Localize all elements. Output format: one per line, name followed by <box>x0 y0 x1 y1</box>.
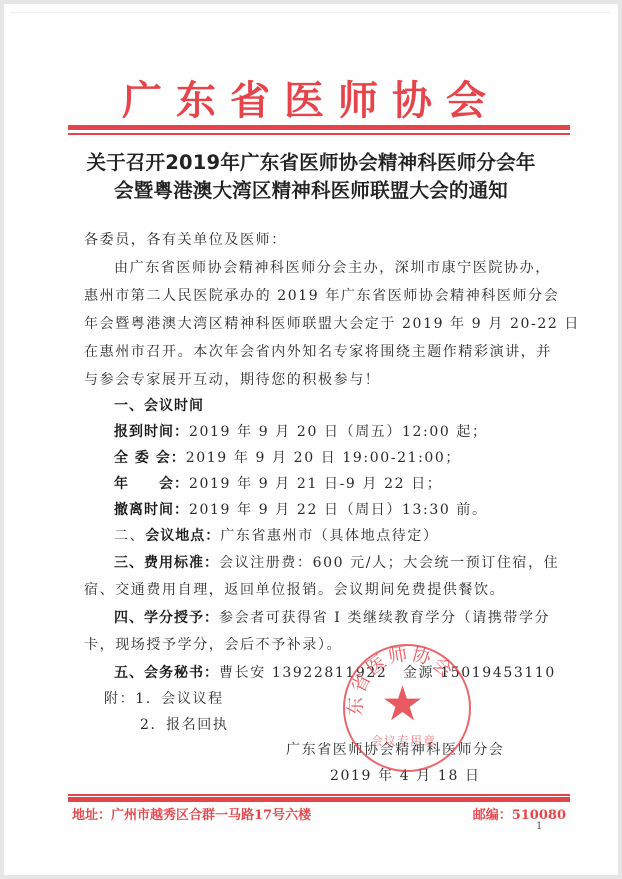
attachment-item: 1．会议议程 <box>135 691 224 707</box>
attachment-item: 2．报名回执 <box>140 715 229 735</box>
schedule-row: 撤离时间：2019 年 9 月 22 日（周日）13:30 前。 <box>114 500 488 520</box>
schedule-value: 2019 年 9 月 21 日-9 月 22 日； <box>189 476 442 492</box>
title-line-1: 关于召开2019年广东省医师协会精神科医师分会年 <box>64 149 558 177</box>
section-4-continued: 卡，现场授予学分，会后不予补录）。 <box>84 635 342 655</box>
official-seal: 东省医师协会 ★ 会议专用章 <box>343 644 471 772</box>
section-3-value: 会议注册费：600 元/人；大会统一预订住宿，住 <box>219 555 559 571</box>
section-3-label: 费用标准： <box>144 555 219 571</box>
seal-bottom-text: 会议专用章 <box>371 732 436 749</box>
schedule-value: 2019 年 9 月 20 日 19:00-21:00； <box>186 450 461 466</box>
header-red-rule-thick <box>68 125 570 130</box>
section-4-label: 四、学分授予： <box>114 610 219 626</box>
letterhead-org-name: 广东省医师协会 <box>4 74 618 128</box>
footer-red-rule-thick <box>68 797 570 802</box>
attachment-row: 附：1．会议议程 <box>104 689 224 709</box>
schedule-value: 2019 年 9 月 22 日（周日）13:30 前。 <box>189 502 488 518</box>
section-2-prefix: 二、 <box>114 528 145 544</box>
document-page: 广东省医师协会 关于召开2019年广东省医师协会精神科医师分会年 会暨粤港澳大湾… <box>4 4 618 875</box>
salutation: 各委员，各有关单位及医师： <box>84 230 287 250</box>
footer-address: 地址：广州市越秀区合群一马路17号六楼 <box>72 804 311 823</box>
schedule-label: 报到时间： <box>114 424 189 440</box>
schedule-row: 报到时间：2019 年 9 月 20 日（周五）12:00 起； <box>114 422 488 442</box>
section-3-continued: 宿、交通费用自理，返回单位报销。会议期间免费提供餐饮。 <box>84 580 505 600</box>
section-3: 三、费用标准：会议注册费：600 元/人；大会统一预订住宿，住 <box>114 553 559 573</box>
section-1-heading: 一、会议时间 <box>114 396 204 416</box>
title-line-2: 会暨粤港澳大湾区精神科医师联盟大会的通知 <box>64 177 558 205</box>
intro-line: 惠州市第二人民医院承办的 2019 年广东省医师协会精神科医师分会 <box>84 286 559 306</box>
page-number: 1 <box>536 821 542 832</box>
section-4: 四、学分授予：参会者可获得省 I 类继续教育学分（请携带学分 <box>114 608 550 628</box>
intro-line: 在惠州市召开。本次年会省内外知名专家将围绕主题作精彩演讲，并 <box>84 342 552 362</box>
intro-line: 年会暨粤港澳大湾区精神科医师联盟大会定于 2019 年 9 月 20-22 日 <box>84 314 580 334</box>
attachment-prefix: 附： <box>104 691 135 707</box>
schedule-row: 全 委 会：2019 年 9 月 20 日 19:00-21:00； <box>114 448 461 468</box>
star-icon: ★ <box>381 680 424 728</box>
section-2: 二、会议地点：广东省惠州市（具体地点待定） <box>114 526 439 546</box>
section-2-value: 广东省惠州市（具体地点待定） <box>220 528 438 544</box>
footer-red-rule-thin <box>68 794 570 796</box>
section-4-value: 参会者可获得省 I 类继续教育学分（请携带学分 <box>219 610 550 626</box>
section-5: 五、会务秘书：曹长安 13922811922 金源 15019453110 <box>114 663 556 683</box>
header-red-rule-thin <box>68 133 570 135</box>
footer-postcode: 邮编：510080 <box>473 804 566 823</box>
section-2-label: 会议地点： <box>145 528 220 544</box>
notice-title: 关于召开2019年广东省医师协会精神科医师分会年 会暨粤港澳大湾区精神科医师联盟… <box>64 149 558 205</box>
intro-line: 与参会专家展开互动，期待您的积极参与！ <box>84 370 380 390</box>
section-5-label: 五、会务秘书： <box>114 665 219 681</box>
schedule-label: 年 会： <box>114 476 189 492</box>
section-3-prefix: 三、 <box>114 555 144 571</box>
top-edge-line <box>10 12 610 13</box>
schedule-value: 2019 年 9 月 20 日（周五）12:00 起； <box>189 424 488 440</box>
schedule-label: 撤离时间： <box>114 502 189 518</box>
schedule-row: 年 会：2019 年 9 月 21 日-9 月 22 日； <box>114 474 442 494</box>
intro-line: 由广东省医师协会精神科医师分会主办，深圳市康宁医院协办， <box>114 258 551 278</box>
schedule-label: 全 委 会： <box>114 450 186 466</box>
